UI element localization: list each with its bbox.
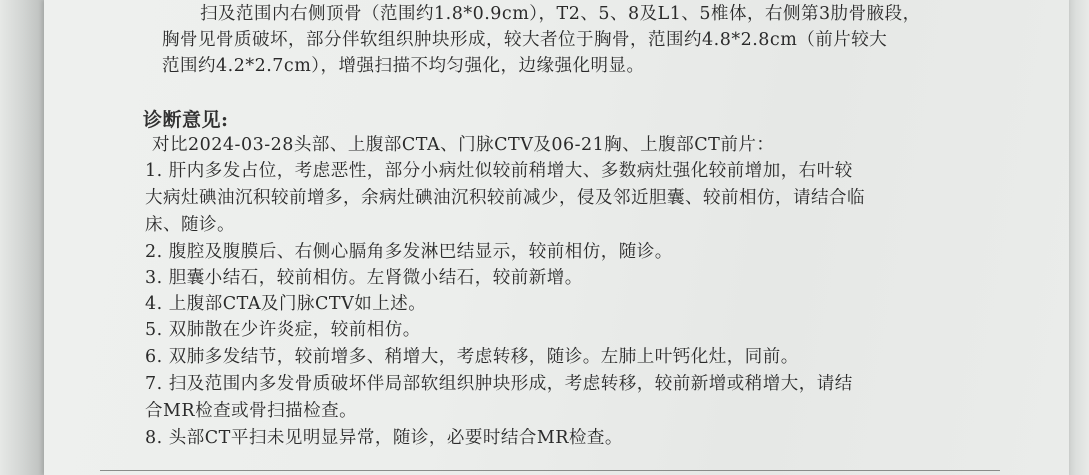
diagnosis-item-5: 5. 双肺散在少许炎症，较前相仿。 xyxy=(145,316,421,341)
diagnosis-item-7: 7. 扫及范围内多发骨质破坏伴局部软组织肿块形成，考虑转移，较前新增或稍增大，请… xyxy=(145,370,853,395)
comparison-line: 对比2024-03-28头部、上腹部CTA、门脉CTV及06-21胸、上腹部CT… xyxy=(152,131,774,156)
fabric-background-right xyxy=(1067,0,1089,475)
diagnosis-item-3: 3. 胆囊小结石，较前相仿。左肾微小结石，较前新增。 xyxy=(145,264,583,289)
findings-line: 范围约4.2*2.7cm），增强扫描不均匀强化，边缘强化明显。 xyxy=(162,52,645,77)
findings-line: 胸骨见骨质破坏，部分伴软组织肿块形成，较大者位于胸骨，范围约4.8*2.8cm（… xyxy=(162,26,887,51)
fabric-background-left xyxy=(0,0,46,475)
footer-divider xyxy=(100,470,1000,471)
diagnosis-item-8: 8. 头部CT平扫未见明显异常，随诊，必要时结合MR检查。 xyxy=(145,424,623,449)
diagnosis-item-1-cont: 床、随诊。 xyxy=(145,211,235,236)
diagnosis-item-4: 4. 上腹部CTA及门脉CTV如上述。 xyxy=(145,290,426,315)
diagnosis-item-1: 1. 肝内多发占位，考虑恶性，部分小病灶似较前稍增大、多数病灶强化较前增加，右叶… xyxy=(145,157,853,182)
diagnosis-item-6: 6. 双肺多发结节，较前增多、稍增大，考虑转移，随诊。左肺上叶钙化灶，同前。 xyxy=(145,343,799,368)
diagnosis-item-1-cont: 大病灶碘油沉积较前增多，余病灶碘油沉积较前减少，侵及邻近胆囊、较前相仿，请结合临 xyxy=(145,184,865,209)
diagnosis-item-7-cont: 合MR检查或骨扫描检查。 xyxy=(145,397,357,422)
diagnosis-item-2: 2. 腹腔及腹膜后、右侧心膈角多发淋巴结显示，较前相仿，随诊。 xyxy=(145,238,673,263)
findings-line: 扫及范围内右侧顶骨（范围约1.8*0.9cm），T2、5、8及L1、5椎体，右侧… xyxy=(200,0,921,25)
diagnosis-heading: 诊断意见: xyxy=(143,105,229,132)
